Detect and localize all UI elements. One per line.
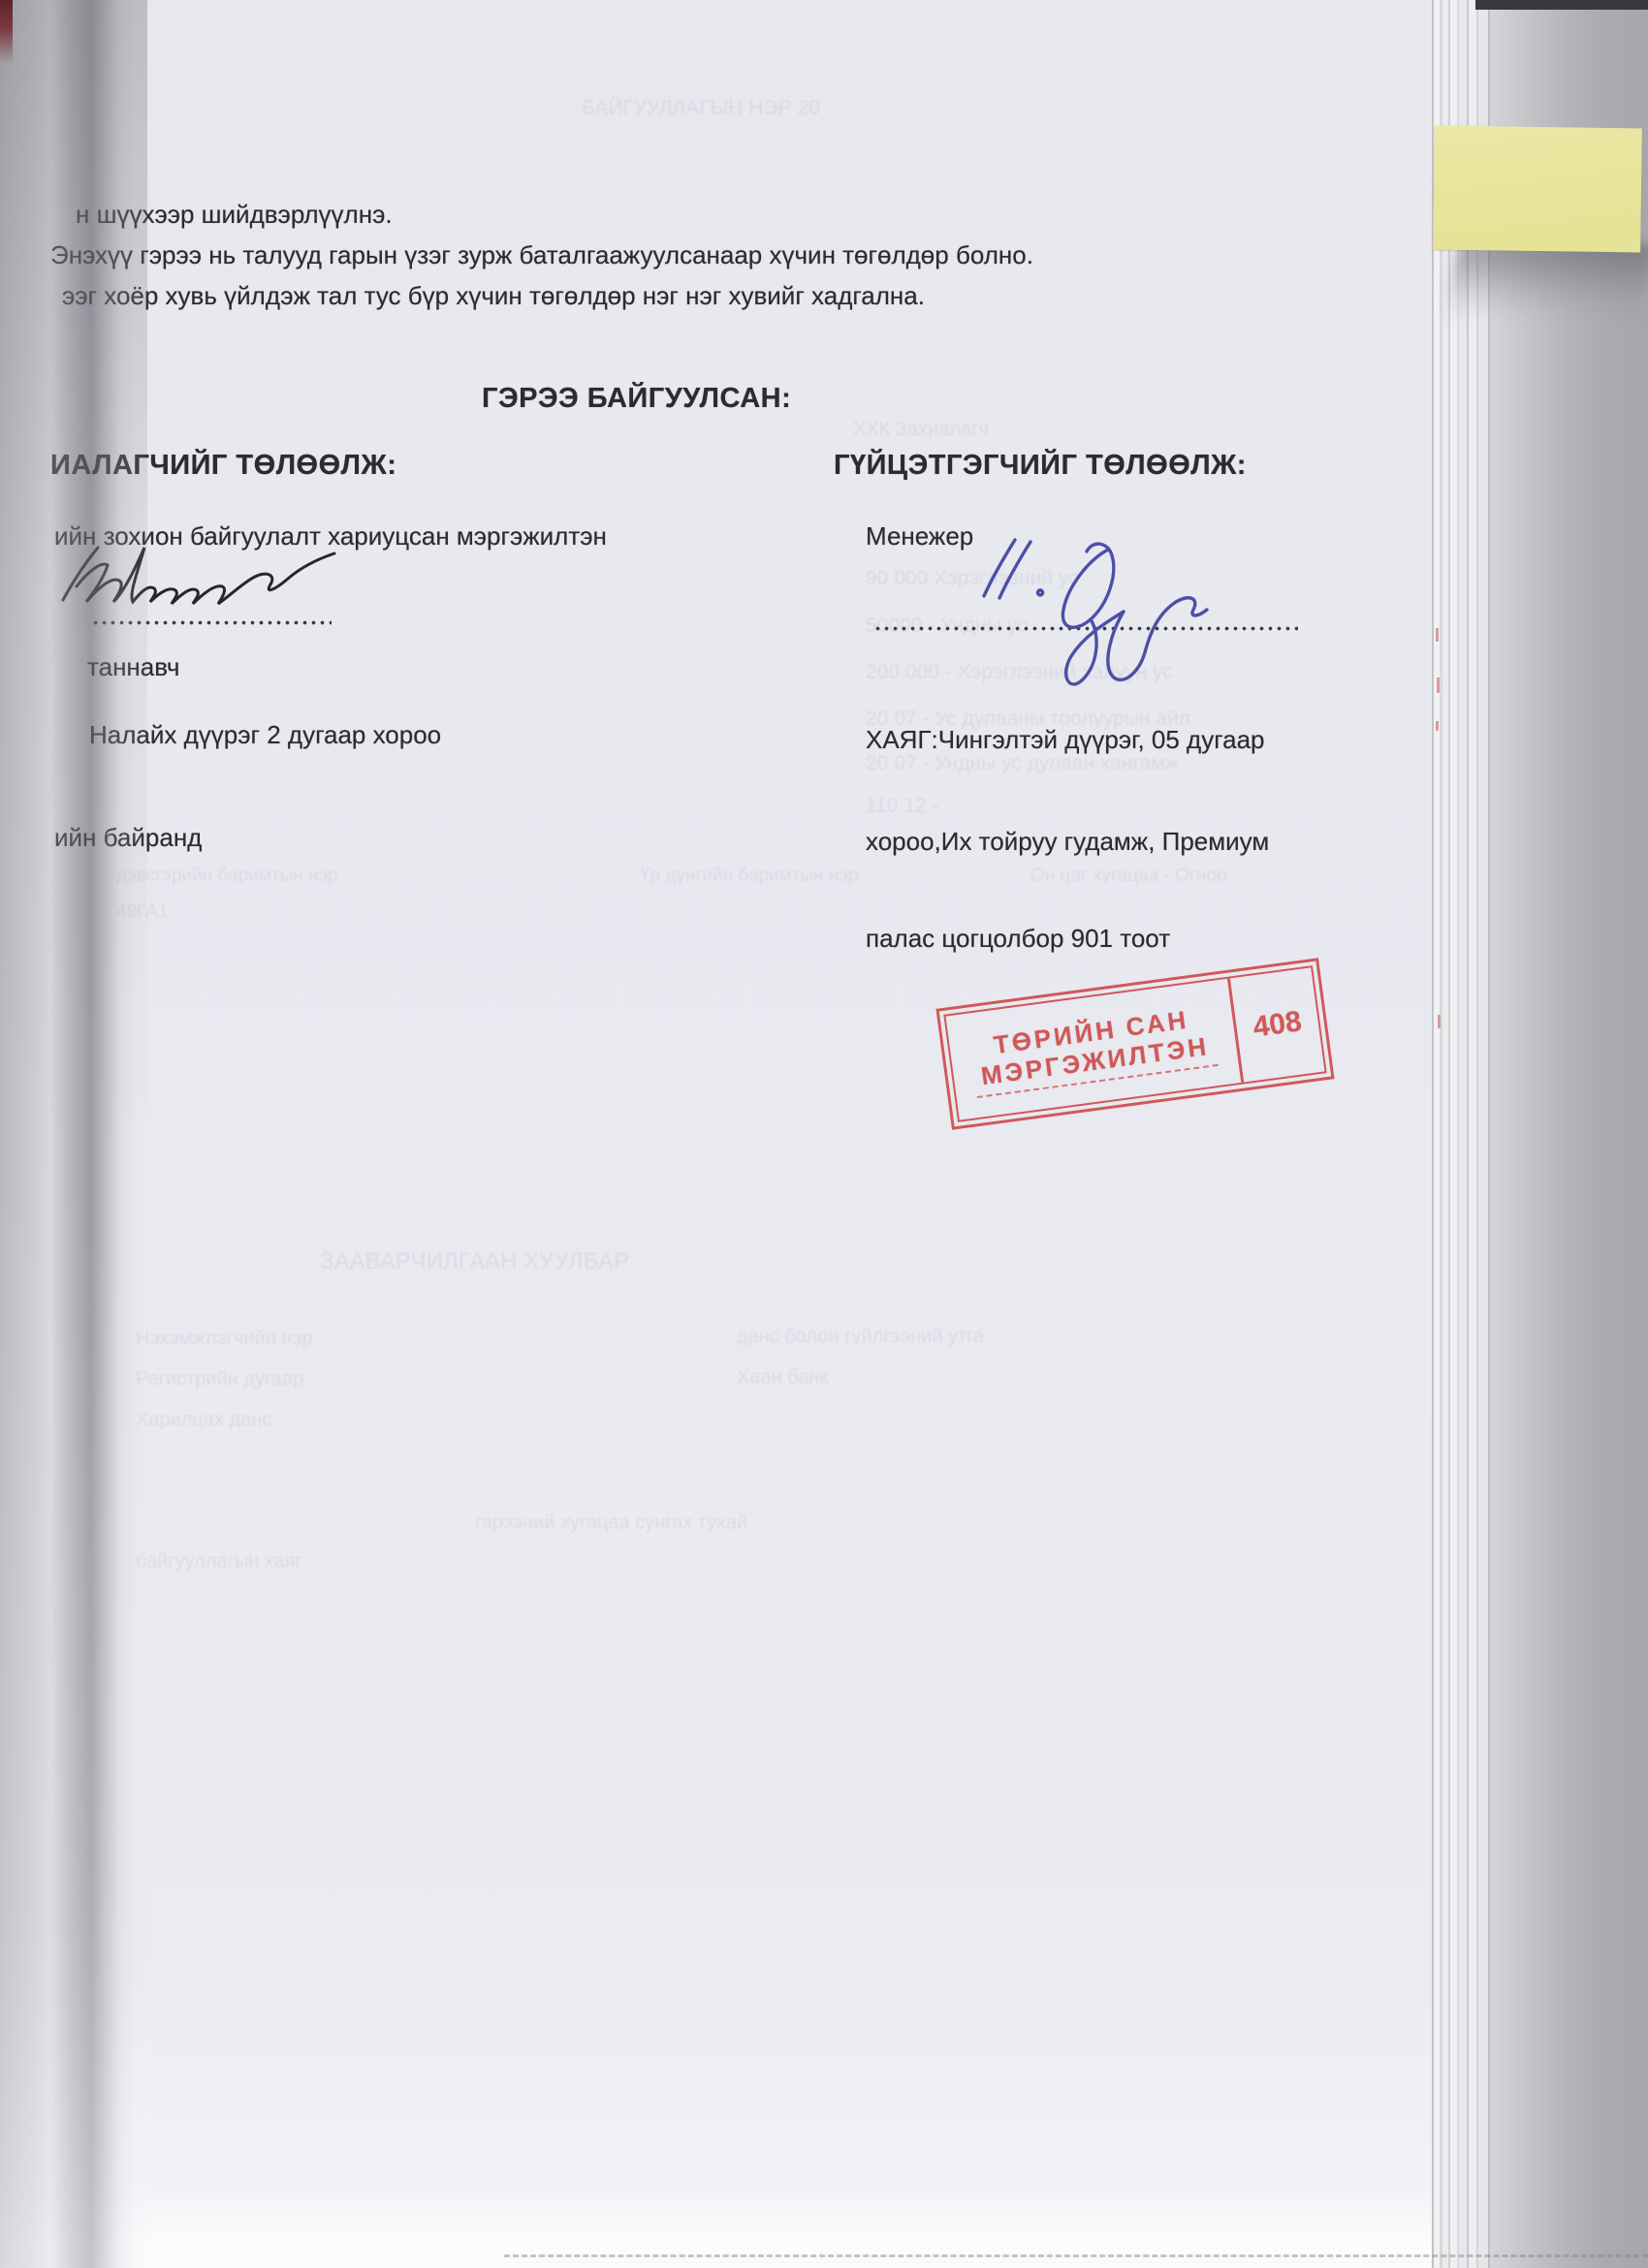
client-signature xyxy=(53,536,344,633)
contractor-header: ГҮЙЦЭТГЭГЧИЙГ ТӨЛӨӨЛЖ: xyxy=(834,448,1247,483)
client-header: ИАЛАГЧИЙГ ТӨЛӨӨЛЖ: xyxy=(50,448,396,483)
section-title: ГЭРЭЭ БАЙГУУЛСАН: xyxy=(482,381,791,416)
paper-stack-edges xyxy=(1432,0,1492,2268)
contractor-signature xyxy=(945,528,1265,698)
client-name: таннавч xyxy=(87,651,179,683)
scanned-contract-page: БАЙГУУЛЛАГЫН НЭР 20ХХК Захиалагч90 000 Х… xyxy=(0,0,1648,2268)
client-address-line2: ийн байранд xyxy=(54,822,202,854)
sticky-note xyxy=(1433,126,1642,253)
stamp-number: 408 xyxy=(1227,967,1325,1083)
closing-line-2: Энэхүү гэрээ нь талууд гарын үзэг зурж б… xyxy=(50,239,1033,271)
contractor-address-line1: ХАЯГ:Чингэлтэй дүүрэг, 05 дугаар xyxy=(866,724,1265,756)
edge-red-mark xyxy=(1436,721,1439,731)
client-address-line1: Налайх дүүрэг 2 дугаар хороо xyxy=(89,719,441,751)
closing-line-3: ээг хоёр хувь үйлдэж тал тус бүр хүчин т… xyxy=(62,280,925,312)
edge-red-mark xyxy=(1438,1015,1441,1028)
edge-red-mark xyxy=(1437,677,1440,693)
paper-sheet xyxy=(0,0,1432,2268)
sticky-note-shadow xyxy=(1443,244,1648,320)
edge-red-mark xyxy=(1436,628,1439,642)
next-page-edge-dashes xyxy=(504,2254,1648,2257)
contractor-address-line2: хороо,Их тойруу гудамж, Премиум xyxy=(866,826,1269,858)
contractor-address-line3: палас цогцолбор 901 тоот xyxy=(866,923,1170,955)
scanner-top-strip xyxy=(1475,0,1648,10)
closing-line-1: н шүүхээр шийдвэрлүүлнэ. xyxy=(76,199,393,231)
scanner-background xyxy=(1490,0,1648,2268)
top-left-corner-mark xyxy=(0,0,13,64)
